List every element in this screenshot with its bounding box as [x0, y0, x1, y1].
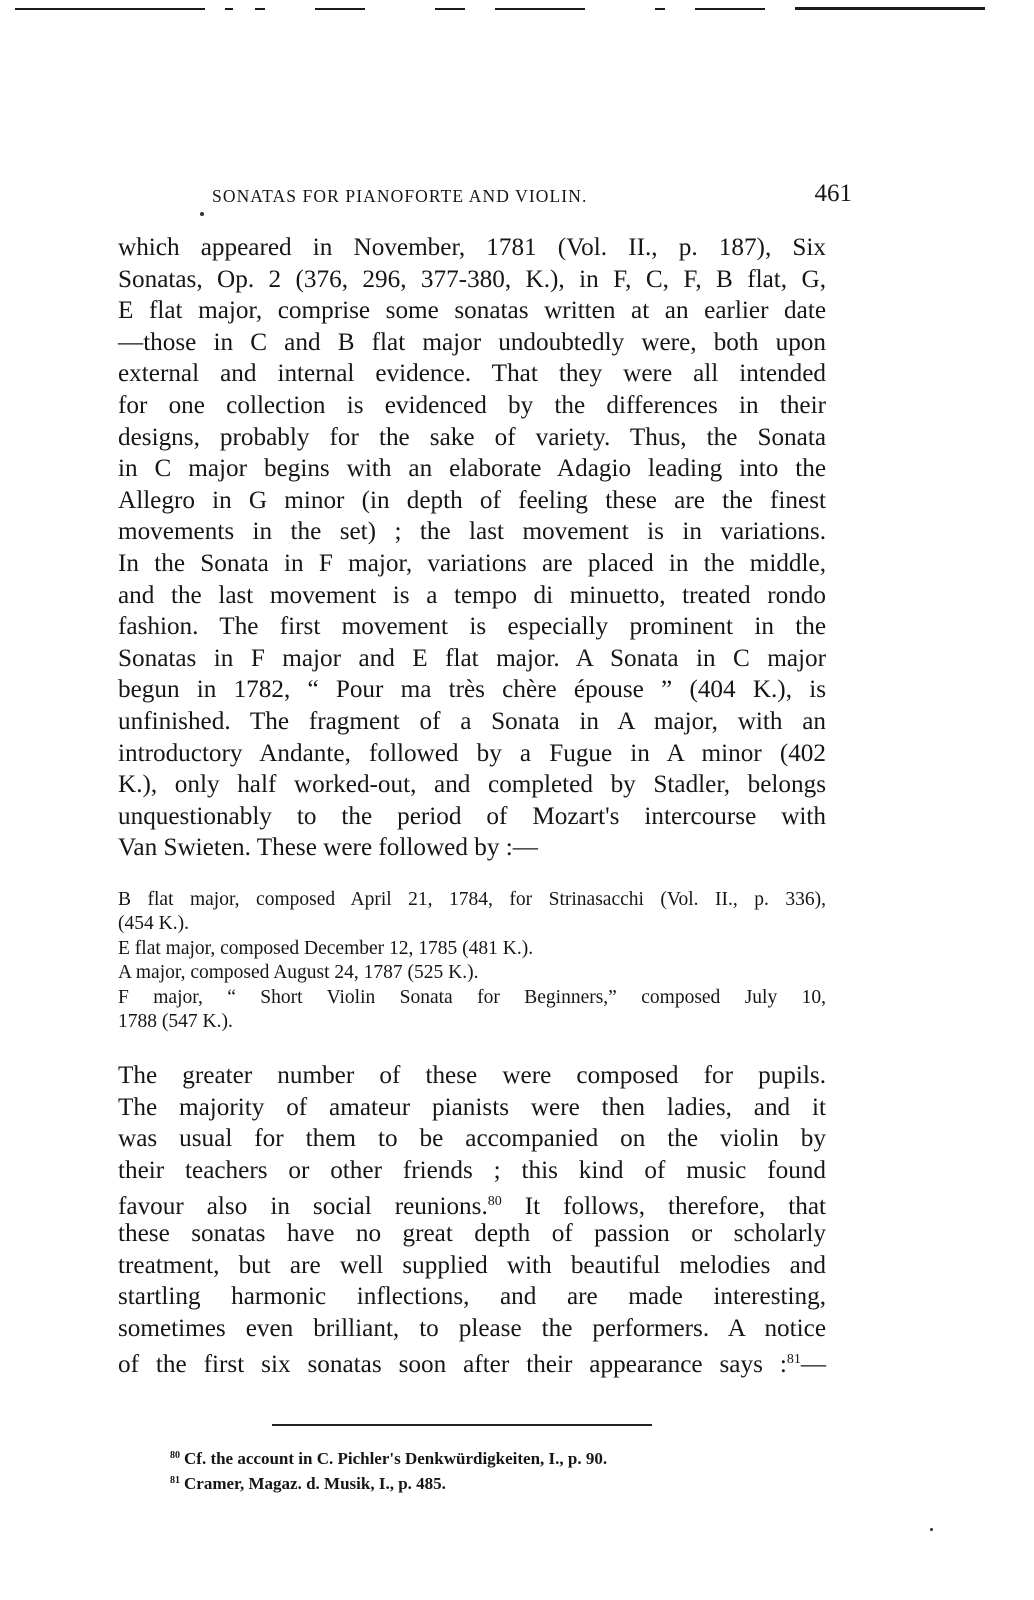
- list-item-continuation: 1788 (547 K.).: [118, 1010, 826, 1034]
- text-fragment: of the first six sonatas soon after thei…: [118, 1351, 787, 1378]
- footnote-mark: 81: [170, 1475, 180, 1486]
- text-line: favour also in social reunions.80 It fol…: [118, 1186, 826, 1218]
- text-line: these sonatas have no great depth of pas…: [118, 1218, 826, 1250]
- page-header: SONATAS FOR PIANOFORTE AND VIOLIN. 461: [212, 180, 852, 220]
- footnote-81: 81Cramer, Magaz. d. Musik, I., p. 485.: [170, 1470, 607, 1495]
- text-line: E flat major, comprise some sonatas writ…: [118, 295, 826, 327]
- text-line: Sonatas in F major and E flat major. A S…: [118, 643, 826, 675]
- list-item: B flat major, composed April 21, 1784, f…: [118, 888, 826, 912]
- text-line: fashion. The first movement is especiall…: [118, 611, 826, 643]
- paragraph-1: which appeared in November, 1781 (Vol. I…: [118, 232, 826, 864]
- print-speck: [200, 212, 204, 216]
- text-line: which appeared in November, 1781 (Vol. I…: [118, 232, 826, 264]
- sonata-list: B flat major, composed April 21, 1784, f…: [118, 888, 826, 1034]
- text-fragment: It follows, therefore, that: [502, 1193, 826, 1220]
- running-title: SONATAS FOR PIANOFORTE AND VIOLIN.: [212, 186, 587, 207]
- text-line: introductory Andante, followed by a Fugu…: [118, 738, 826, 770]
- text-line: of the first six sonatas soon after thei…: [118, 1344, 826, 1376]
- scan-edge-artifact: [15, 6, 1015, 12]
- text-line: K.), only half worked-out, and completed…: [118, 769, 826, 801]
- footnote-mark: 80: [170, 1450, 180, 1461]
- footnotes: 80Cf. the account in C. Pichler's Denkwü…: [170, 1445, 607, 1494]
- text-line: The greater number of these were compose…: [118, 1060, 826, 1092]
- text-fragment: favour also in social reunions.: [118, 1193, 488, 1220]
- footnote-reference[interactable]: 80: [488, 1194, 502, 1209]
- footnote-text: Cf. the account in C. Pichler's Denkwürd…: [184, 1449, 607, 1468]
- text-fragment: —: [801, 1351, 826, 1378]
- text-line: begun in 1782, “ Pour ma très chère épou…: [118, 674, 826, 706]
- text-line: designs, probably for the sake of variet…: [118, 422, 826, 454]
- list-item: F major, “ Short Violin Sonata for Begin…: [118, 986, 826, 1010]
- list-item: E flat major, composed December 12, 1785…: [118, 937, 826, 961]
- text-line: Van Swieten. These were followed by :—: [118, 832, 826, 864]
- text-line: startling harmonic inflections, and are …: [118, 1281, 826, 1313]
- text-line: The majority of amateur pianists were th…: [118, 1092, 826, 1124]
- text-line: their teachers or other friends ; this k…: [118, 1155, 826, 1187]
- text-line: unfinished. The fragment of a Sonata in …: [118, 706, 826, 738]
- text-line: In the Sonata in F major, variations are…: [118, 548, 826, 580]
- text-line: sometimes even brilliant, to please the …: [118, 1313, 826, 1345]
- paragraph-2: The greater number of these were compose…: [118, 1060, 826, 1376]
- list-item: A major, composed August 24, 1787 (525 K…: [118, 961, 826, 985]
- footnote-divider: [272, 1424, 652, 1426]
- print-speck: [930, 1528, 933, 1531]
- text-line: movements in the set) ; the last movemen…: [118, 516, 826, 548]
- text-line: was usual for them to be accompanied on …: [118, 1123, 826, 1155]
- text-line: in C major begins with an elaborate Adag…: [118, 453, 826, 485]
- list-item-continuation: (454 K.).: [118, 912, 826, 936]
- text-line: and the last movement is a tempo di minu…: [118, 580, 826, 612]
- text-line: unquestionably to the period of Mozart's…: [118, 801, 826, 833]
- footnote-text: Cramer, Magaz. d. Musik, I., p. 485.: [184, 1474, 446, 1493]
- text-line: external and internal evidence. That the…: [118, 358, 826, 390]
- page-number: 461: [815, 180, 853, 208]
- footnote-80: 80Cf. the account in C. Pichler's Denkwü…: [170, 1445, 607, 1470]
- text-line: —those in C and B flat major undoubtedly…: [118, 327, 826, 359]
- text-line: treatment, but are well supplied with be…: [118, 1250, 826, 1282]
- text-line: Sonatas, Op. 2 (376, 296, 377-380, K.), …: [118, 264, 826, 296]
- footnote-reference[interactable]: 81: [787, 1352, 801, 1367]
- text-line: Allegro in G minor (in depth of feeling …: [118, 485, 826, 517]
- text-line: for one collection is evidenced by the d…: [118, 390, 826, 422]
